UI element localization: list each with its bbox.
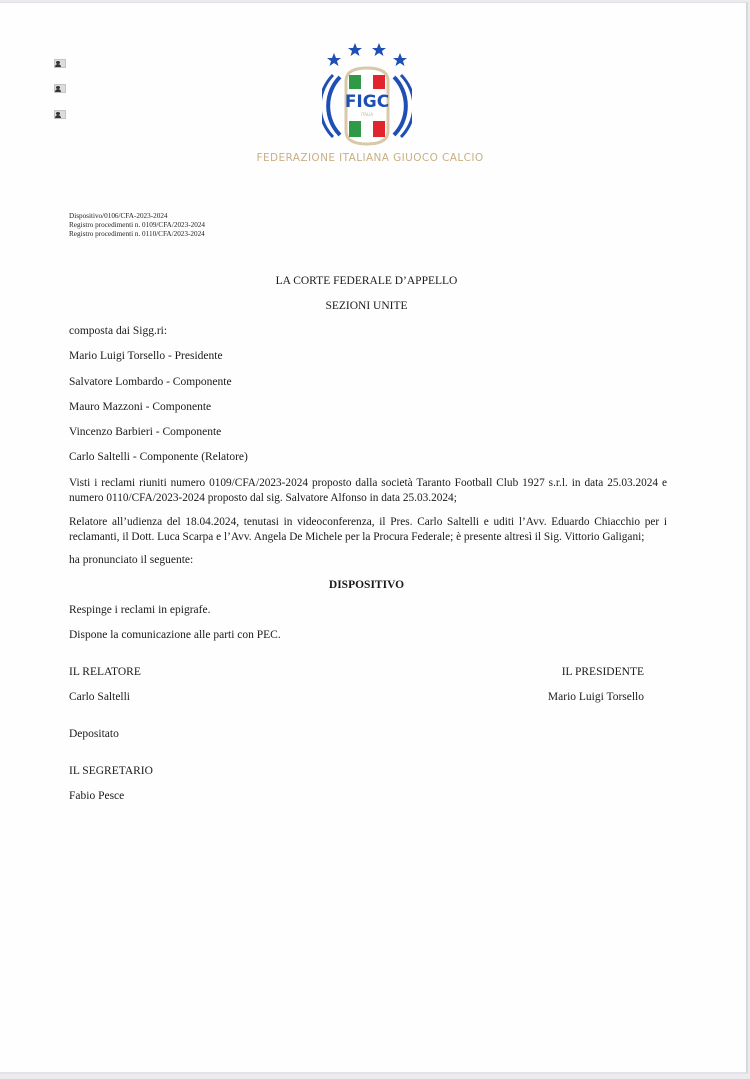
document-references: Dispositivo/0106/CFA-2023-2024 Registro … — [69, 212, 205, 239]
segretario-label: IL SEGRETARIO — [69, 765, 153, 777]
presidente-name: Mario Luigi Torsello — [548, 691, 644, 703]
reference-registro-0110: Registro procedimenti n. 0110/CFA/2023-2… — [69, 230, 205, 239]
member-item: Mario Luigi Torsello - Presidente — [69, 350, 223, 362]
paragraph-relatore: Relatore all’udienza del 18.04.2024, ten… — [69, 515, 667, 545]
broken-image-icon — [54, 110, 66, 119]
broken-image-icon — [54, 84, 66, 93]
segretario-name: Fabio Pesce — [69, 790, 124, 802]
court-title: LA CORTE FEDERALE D’APPELLO — [0, 275, 733, 287]
document-page: FIGC ITALIA FEDERAZIONE ITALIANA GIUOCO … — [0, 2, 748, 1074]
relatore-name: Carlo Saltelli — [69, 691, 130, 703]
broken-image-icon — [54, 59, 66, 68]
member-item: Carlo Saltelli - Componente (Relatore) — [69, 451, 248, 463]
paragraph-visti: Visti i reclami riuniti numero 0109/CFA/… — [69, 476, 667, 506]
relatore-label: IL RELATORE — [69, 666, 141, 678]
court-section: SEZIONI UNITE — [0, 300, 733, 312]
svg-text:ITALIA: ITALIA — [361, 112, 373, 117]
dispositivo-heading: DISPOSITIVO — [0, 579, 733, 591]
federation-name: FEDERAZIONE ITALIANA GIUOCO CALCIO — [250, 152, 490, 164]
presidente-label: IL PRESIDENTE — [562, 666, 644, 678]
depositato-label: Depositato — [69, 728, 119, 740]
paragraph-pronunciato: ha pronunciato il seguente: — [69, 554, 193, 566]
member-item: Vincenzo Barbieri - Componente — [69, 426, 221, 438]
reference-registro-0109: Registro procedimenti n. 0109/CFA/2023-2… — [69, 221, 205, 230]
ruling-item: Dispone la comunicazione alle parti con … — [69, 629, 281, 641]
figc-logo-icon: FIGC ITALIA — [322, 41, 412, 151]
svg-text:FIGC: FIGC — [345, 92, 389, 112]
ruling-item: Respinge i reclami in epigrafe. — [69, 604, 210, 616]
reference-dispositivo: Dispositivo/0106/CFA-2023-2024 — [69, 212, 205, 221]
member-item: Salvatore Lombardo - Componente — [69, 376, 232, 388]
member-item: Mauro Mazzoni - Componente — [69, 401, 211, 413]
composition-intro: composta dai Sigg.ri: — [69, 325, 167, 337]
